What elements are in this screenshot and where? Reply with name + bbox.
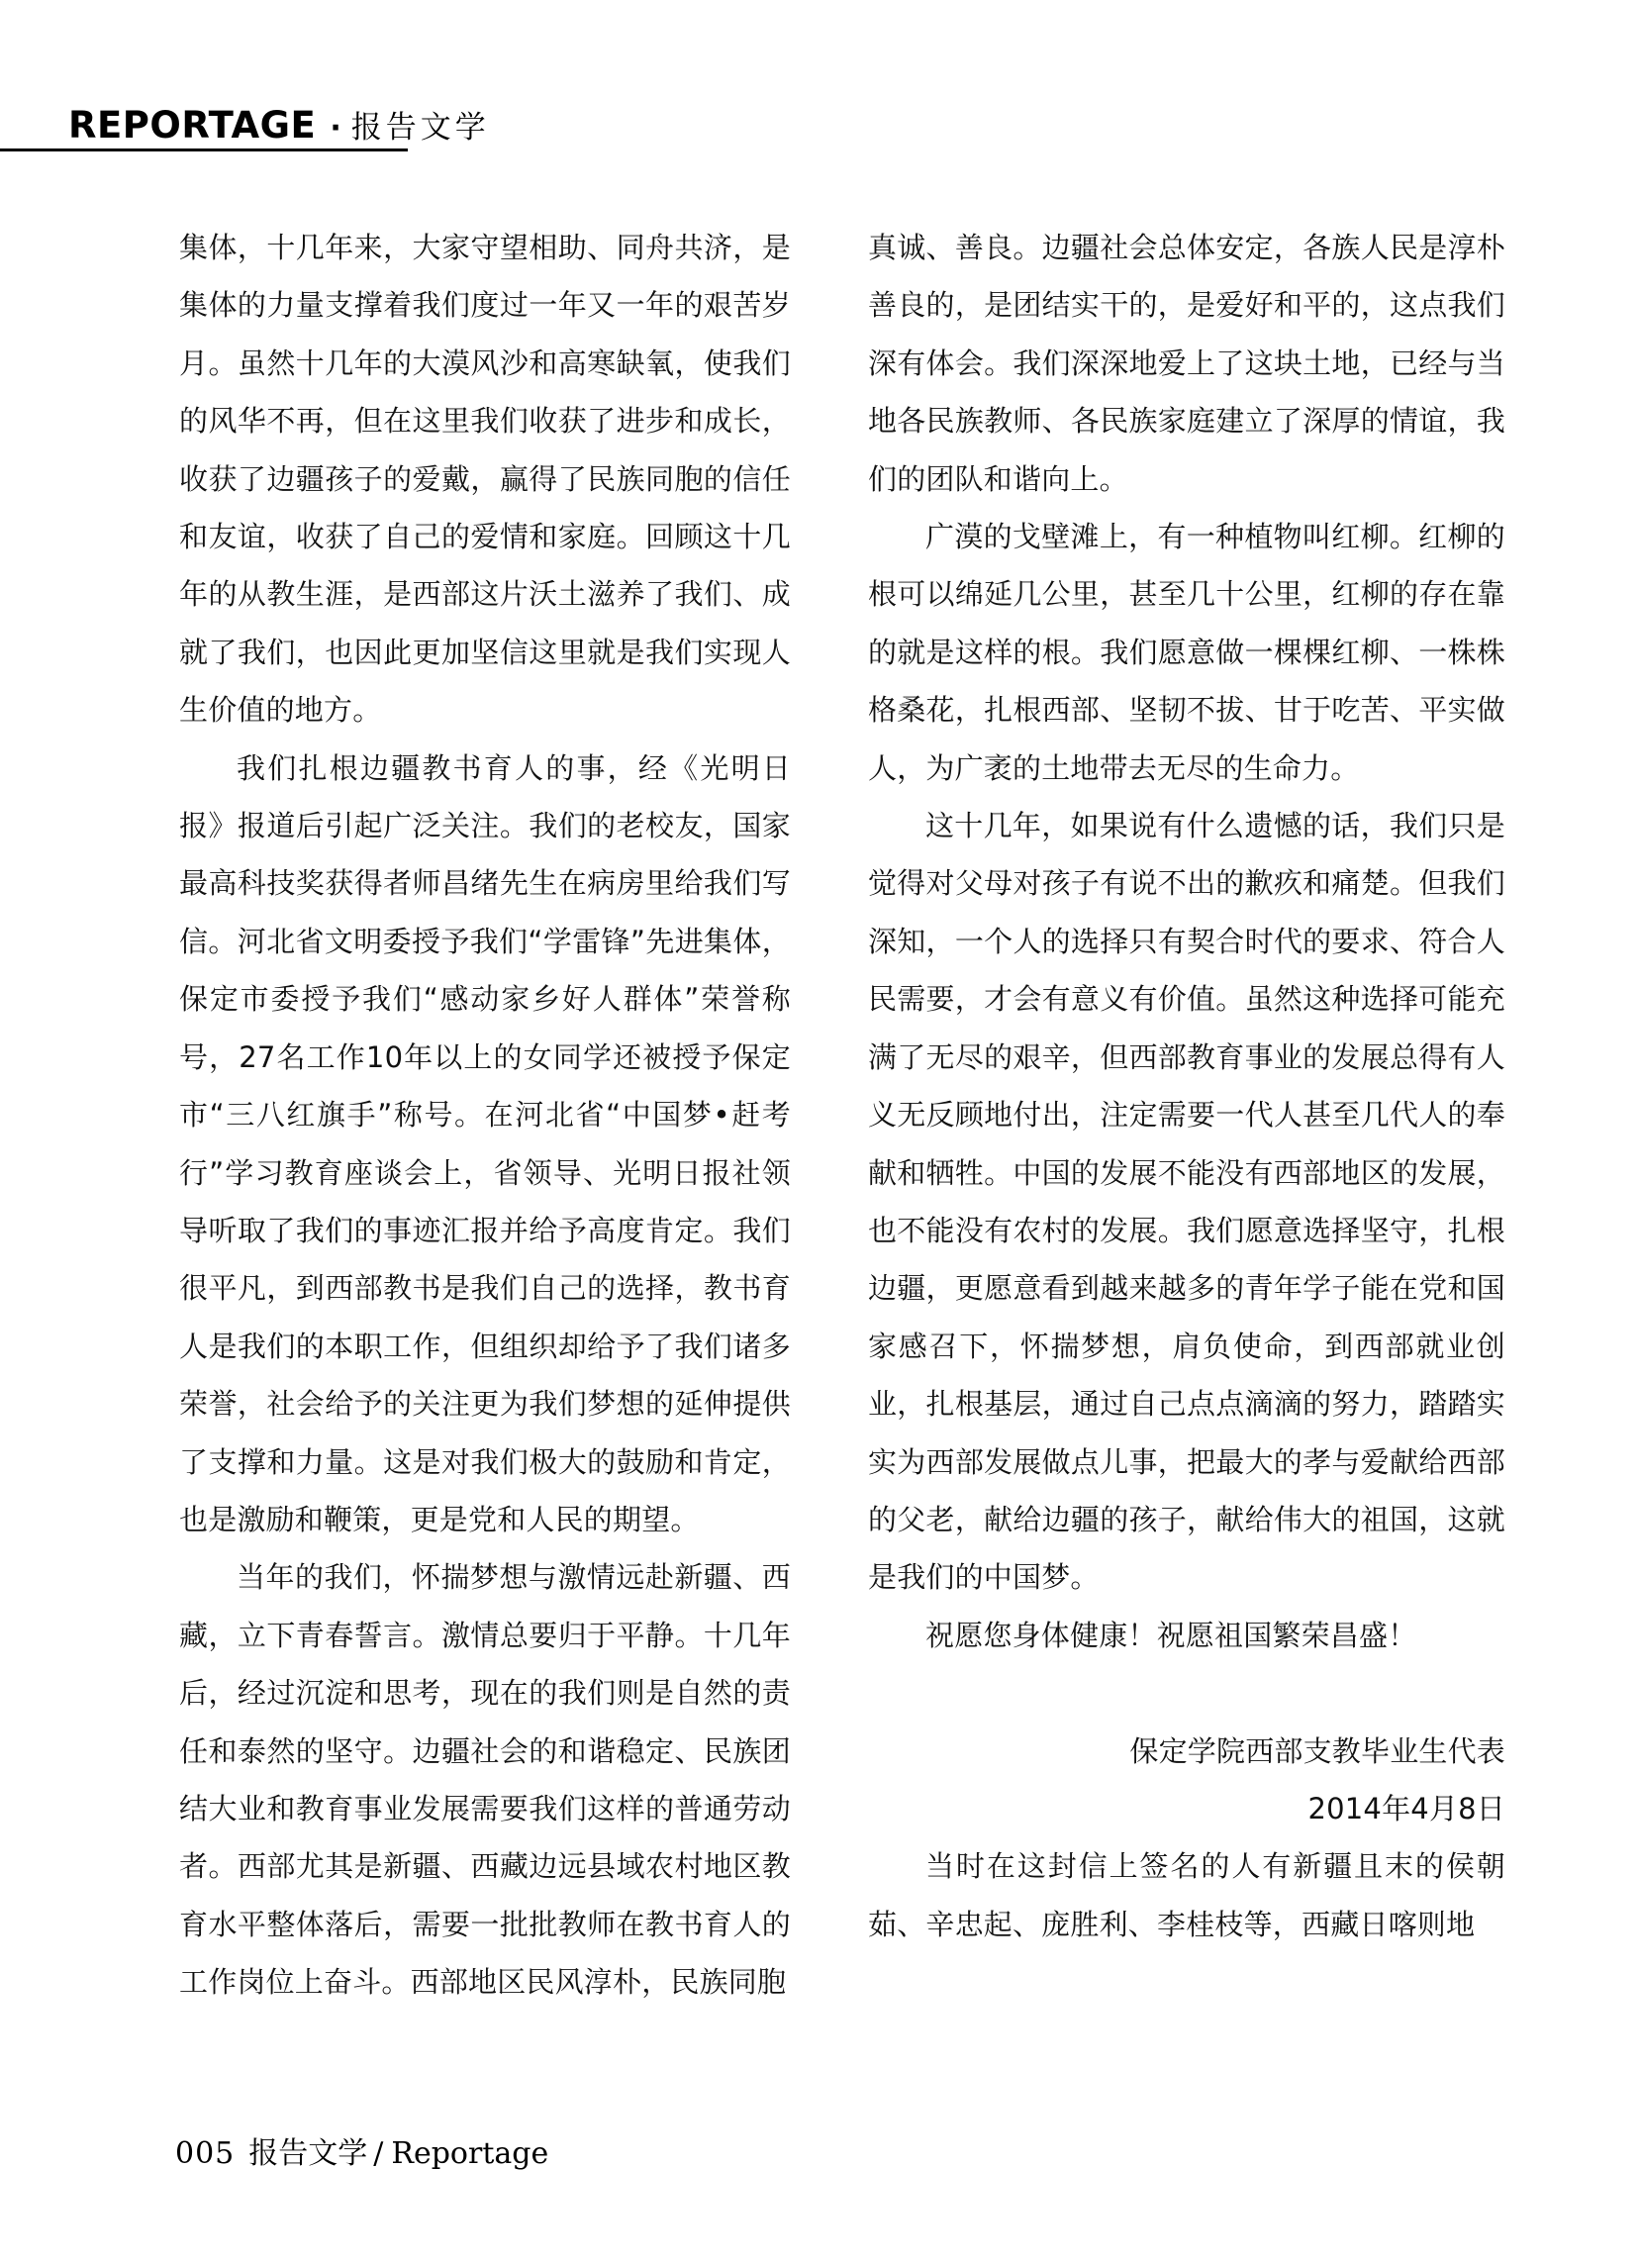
- letter-signature-block: 保定学院西部支教毕业生代表 2014年4月8日: [868, 1723, 1505, 1838]
- letter-greeting-wish: 祝愿您身体健康！祝愿祖国繁荣昌盛！: [868, 1607, 1505, 1664]
- section-header: REPORTAGE·报告文学: [68, 102, 490, 147]
- text-column-left: 集体，十几年来，大家守望相助、同舟共济，是集体的力量支撑着我们度过一年又一年的艰…: [179, 219, 791, 2012]
- paragraph: 这十几年，如果说有什么遗憾的话，我们只是觉得对父母对孩子有说不出的歉疚和痛楚。但…: [868, 797, 1505, 1607]
- footer-section-english: Reportage: [391, 2136, 548, 2171]
- paragraph: 广漠的戈壁滩上，有一种植物叫红柳。红柳的根可以绵延几公里，甚至几十公里，红柳的存…: [868, 508, 1505, 797]
- paragraph: 我们扎根边疆教书育人的事，经《光明日报》报道后引起广泛关注。我们的老校友，国家最…: [179, 740, 791, 1549]
- magazine-page: REPORTAGE·报告文学 集体，十几年来，大家守望相助、同舟共济，是集体的力…: [0, 0, 1640, 2268]
- narration-paragraph: 当时在这封信上签名的人有新疆且末的侯朝茹、辛忠起、庞胜利、李桂枝等，西藏日喀则地: [868, 1837, 1505, 1953]
- header-dot-separator: ·: [330, 111, 340, 146]
- header-rule-line: [0, 148, 408, 151]
- footer-slash: /: [373, 2136, 383, 2171]
- footer-section-chinese: 报告文学: [248, 2136, 367, 2171]
- paragraph: 当年的我们，怀揣梦想与激情远赴新疆、西藏，立下青春誓言。激情总要归于平静。十几年…: [179, 1548, 791, 2011]
- text-column-right: 真诚、善良。边疆社会总体安定，各族人民是淳朴善良的，是团结实干的，是爱好和平的，…: [868, 219, 1505, 1953]
- paragraph-continuation: 集体，十几年来，大家守望相助、同舟共济，是集体的力量支撑着我们度过一年又一年的艰…: [179, 219, 791, 740]
- section-title-english: REPORTAGE: [68, 104, 316, 147]
- page-footer: 005报告文学/Reportage: [175, 2128, 548, 2172]
- letter-date: 2014年4月8日: [868, 1780, 1505, 1837]
- page-number: 005: [175, 2136, 235, 2171]
- section-title-chinese: 报告文学: [351, 110, 490, 146]
- letter-signature: 保定学院西部支教毕业生代表: [868, 1723, 1505, 1780]
- paragraph-continuation: 真诚、善良。边疆社会总体安定，各族人民是淳朴善良的，是团结实干的，是爱好和平的，…: [868, 219, 1505, 508]
